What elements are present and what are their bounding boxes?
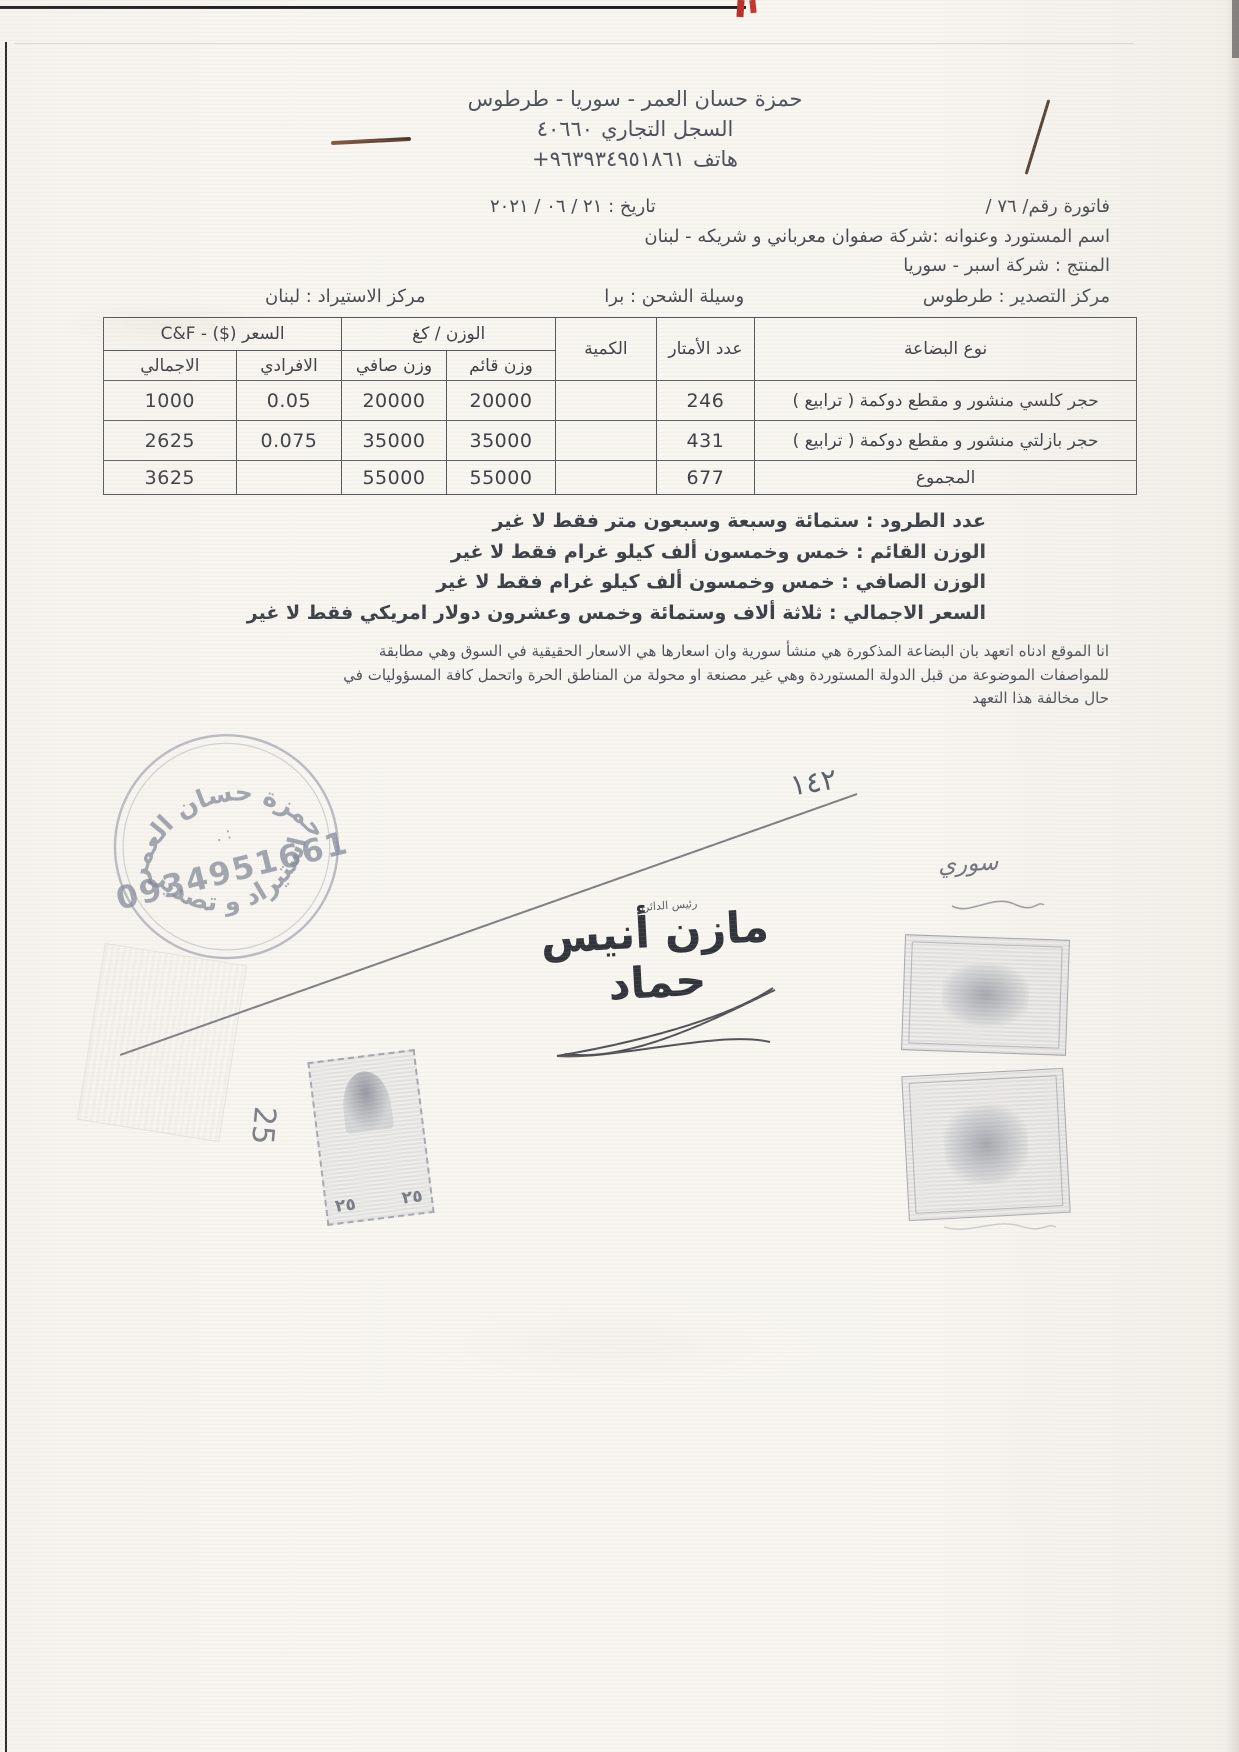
declaration-line: للمواصفات الموضوعة من قبل الدولة المستور… [261, 664, 1109, 688]
col-total-price: الاجمالي [104, 351, 237, 381]
table-total-row: المجموع 677 55000 55000 3625 [104, 461, 1137, 495]
cell-unit-price: 0.05 [236, 381, 342, 421]
col-goods-type: نوع البضاعة [755, 318, 1137, 381]
cell-quantity [556, 381, 656, 421]
declaration-line: حال مخالفة هذا التعهد [261, 687, 1109, 711]
scan-hairline [14, 43, 1134, 44]
shipping-method: وسيلة الشحن : برا [604, 286, 744, 307]
stamp-dots: : . [213, 823, 233, 845]
table-header-row-1: نوع البضاعة عدد الأمتار الكمية الوزن / ك… [104, 318, 1137, 351]
pen-scribble [948, 890, 1048, 918]
letterhead: حمزة حسان العمر - سوريا - طرطوس السجل ال… [452, 84, 818, 174]
cell-quantity-total [556, 461, 656, 495]
cell-net-weight: 20000 [342, 381, 447, 421]
col-gross-weight: وزن قائم [446, 351, 556, 381]
phone-line: هاتف +٩٦٣٩٣٤٩٥١٨٦١ [452, 144, 818, 174]
stamp-value: ٢٥ [401, 1186, 424, 1208]
col-weight-group: الوزن / كغ [342, 318, 556, 351]
registry-number: ٤٠٦٦٠ [537, 114, 593, 144]
cell-net-weight: 35000 [342, 421, 447, 461]
red-ink-mark [736, 0, 744, 17]
scan-edge-top-line [0, 6, 746, 9]
revenue-stamp-frame [908, 941, 1062, 1048]
col-unit-price: الافرادي [236, 351, 342, 381]
invoice-number-date-row: فاتورة رقم/ ٧٦ / تاريخ : ٢١ / ٠٦ / ٢٠٢١ [490, 196, 1110, 217]
revenue-stamp-lower-right [901, 1068, 1070, 1221]
producer-line: المنتج : شركة اسبر - سوريا [265, 255, 1110, 276]
red-ink-mark [749, 0, 756, 13]
cell-meters: 246 [656, 381, 754, 421]
total-price-in-words: السعر الاجمالي : ثلاثة ألاف وستمائة وخمس… [247, 598, 986, 629]
handwritten-word: سوري [937, 849, 999, 878]
cell-meters: 431 [656, 421, 754, 461]
signature-flourish [545, 978, 780, 1073]
cell-goods-type: حجر كلسي منشور و مقطع دوكمة ( ترابيع ) [755, 381, 1137, 421]
table-row: حجر كلسي منشور و مقطع دوكمة ( ترابيع ) 2… [104, 381, 1137, 421]
postage-stamp-left: ٢٥ ٢٥ [307, 1049, 434, 1226]
centers-row: مركز التصدير : طرطوس وسيلة الشحن : برا م… [265, 286, 1110, 307]
col-net-weight: وزن صافي [342, 351, 447, 381]
paper-stain [400, 1300, 820, 1390]
declaration-line: انا الموقع ادناه اتعهد بان البضاعة المذك… [261, 640, 1109, 664]
cell-total-price-total: 3625 [104, 461, 237, 495]
cell-quantity [556, 421, 656, 461]
table-row: حجر بازلتي منشور و مقطع دوكمة ( ترابيع )… [104, 421, 1137, 461]
staple-mark [1025, 99, 1051, 174]
handwritten-stamp-value: 25 [244, 1105, 282, 1146]
phone-label: هاتف [693, 144, 738, 174]
cell-total-label: المجموع [755, 461, 1137, 495]
cell-total-price: 2625 [104, 421, 237, 461]
cell-meters-total: 677 [656, 461, 754, 495]
scan-corner-shadow [1232, 0, 1239, 58]
phone-number: +٩٦٣٩٣٤٩٥١٨٦١ [532, 144, 685, 174]
export-center: مركز التصدير : طرطوس [923, 286, 1110, 307]
totals-in-words: عدد الطرود : ستمائة وسبعة وسبعون متر فقط… [247, 506, 986, 628]
cell-gross-weight-total: 55000 [446, 461, 556, 495]
revenue-stamp-emblem [941, 963, 1030, 1028]
invoice-number: فاتورة رقم/ ٧٦ / [986, 196, 1110, 217]
net-weight-in-words: الوزن الصافي : خمس وخمسون ألف كيلو غرام … [247, 567, 986, 598]
invoice-date: تاريخ : ٢١ / ٠٦ / ٢٠٢١ [490, 196, 656, 217]
cell-unit-price-total [236, 461, 342, 495]
cell-gross-weight: 35000 [446, 421, 556, 461]
revenue-stamp-frame [909, 1075, 1064, 1214]
cell-gross-weight: 20000 [446, 381, 556, 421]
gross-weight-in-words: الوزن القائم : خمس وخمسون ألف كيلو غرام … [247, 537, 986, 568]
col-price-group: السعر ($) - C&F [104, 318, 342, 351]
import-center: مركز الاستيراد : لبنان [265, 286, 426, 307]
col-meters: عدد الأمتار [656, 318, 754, 381]
origin-declaration: انا الموقع ادناه اتعهد بان البضاعة المذك… [261, 640, 1109, 711]
importer-line: اسم المستورد وعنوانه :شركة صفوان معرباني… [265, 226, 1110, 247]
goods-table: نوع البضاعة عدد الأمتار الكمية الوزن / ك… [103, 317, 1137, 495]
packages-in-words: عدد الطرود : ستمائة وسبعة وسبعون متر فقط… [247, 506, 986, 537]
cell-unit-price: 0.075 [236, 421, 342, 461]
scanned-invoice-page: حمزة حسان العمر - سوريا - طرطوس السجل ال… [0, 0, 1239, 1752]
cell-net-weight-total: 55000 [342, 461, 447, 495]
commercial-registry-line: السجل التجاري ٤٠٦٦٠ [452, 114, 818, 144]
handwritten-number: ١٤٢ [788, 762, 839, 803]
cell-goods-type: حجر بازلتي منشور و مقطع دوكمة ( ترابيع ) [755, 421, 1137, 461]
invoice-meta: فاتورة رقم/ ٧٦ / تاريخ : ٢١ / ٠٦ / ٢٠٢١ … [265, 196, 1110, 307]
revenue-stamp-upper-right [901, 934, 1070, 1056]
cell-total-price: 1000 [104, 381, 237, 421]
staple-mark [331, 137, 411, 145]
revenue-stamp-emblem [942, 1102, 1031, 1186]
stamp-dome-emblem [339, 1069, 394, 1134]
col-quantity: الكمية [556, 318, 656, 381]
registry-label: السجل التجاري [601, 114, 733, 144]
stamp-value: ٢٥ [334, 1194, 357, 1216]
pen-scribble [940, 1213, 1060, 1239]
company-name: حمزة حسان العمر - سوريا - طرطوس [452, 84, 818, 114]
scan-edge-left-line [5, 42, 7, 1752]
